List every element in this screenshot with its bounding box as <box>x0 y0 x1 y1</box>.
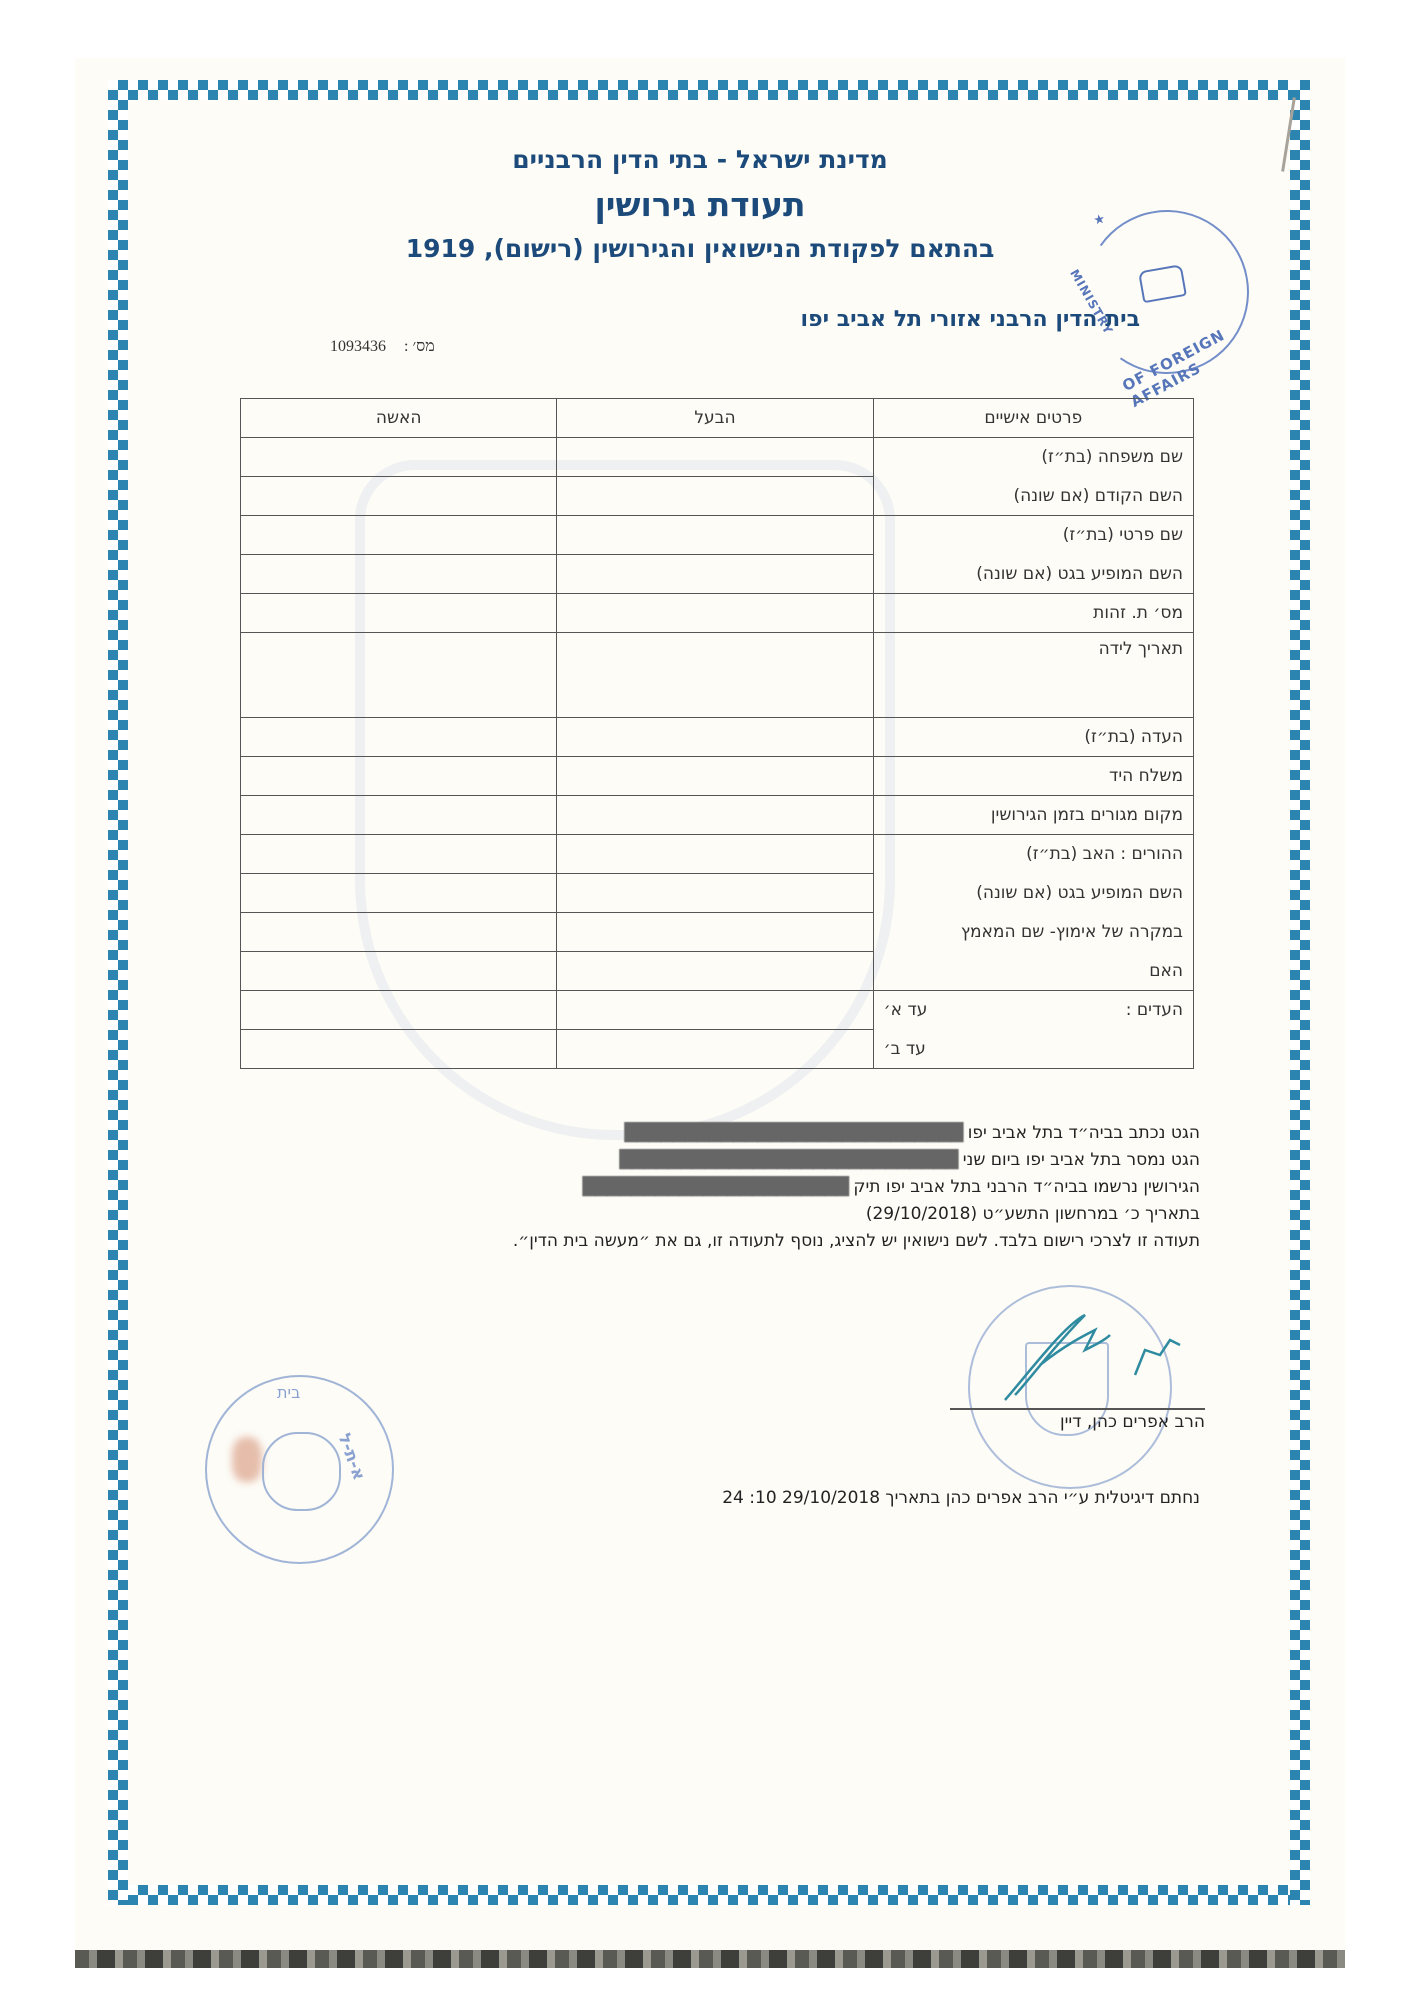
body-line-3: הגירושין נרשמו בביה״ד הרבני בתל אביב יפו… <box>300 1174 1200 1201</box>
husband-cell <box>557 516 873 555</box>
court-seal-stamp: בית א-ת-ל <box>205 1375 394 1564</box>
emblem-icon <box>1138 264 1187 303</box>
scan-edge <box>75 1950 1345 1968</box>
wife-cell <box>241 516 557 555</box>
row-label: במקרה של אימוץ- שם המאמץ <box>873 913 1193 952</box>
certificate-body: הגט נכתב בביה״ד בתל אביב יפו ███████████… <box>300 1120 1200 1255</box>
ink-smudge <box>232 1437 262 1482</box>
signature <box>995 1305 1195 1405</box>
husband-cell <box>557 594 873 633</box>
husband-cell <box>557 835 873 874</box>
table-row: שם משפחה (בת״ז) <box>241 438 1194 477</box>
redacted-text: ██████████████████████ <box>582 1177 848 1197</box>
row-label: שם פרטי (בת״ז) <box>873 516 1193 555</box>
row-label: השם המופיע בגט (אם שונה) <box>873 874 1193 913</box>
file-number: 1093436 מס׳ : <box>330 338 435 356</box>
header-details: פרטים אישיים <box>873 399 1193 438</box>
table-row: השם המופיע בגט (אם שונה) <box>241 555 1194 594</box>
table-row: משלח היד <box>241 757 1194 796</box>
husband-cell <box>557 438 873 477</box>
body-line-4: בתאריך כ׳ במרחשון התשע״ט (29/10/2018) <box>300 1201 1200 1228</box>
file-number-label: מס׳ : <box>404 338 435 355</box>
body-line-2: הגט נמסר בתל אביב יפו ביום שני █████████… <box>300 1147 1200 1174</box>
wife-cell <box>241 1030 557 1069</box>
husband-cell <box>557 874 873 913</box>
husband-cell <box>557 991 873 1030</box>
table-row: תאריך לידה <box>241 633 1194 718</box>
body-line-1: הגט נכתב בביה״ד בתל אביב יפו ███████████… <box>300 1120 1200 1147</box>
emblem-icon <box>262 1432 341 1511</box>
wife-cell <box>241 633 557 718</box>
row-label: השם הקודם (אם שונה) <box>873 477 1193 516</box>
witness-b-label: עד ב׳ <box>884 1039 926 1059</box>
row-label: האם <box>873 952 1193 991</box>
table-row: במקרה של אימוץ- שם המאמץ <box>241 913 1194 952</box>
signature-line <box>950 1408 1205 1410</box>
star-icon: ★ <box>1092 212 1106 229</box>
table-row: האם <box>241 952 1194 991</box>
document-title: תעודת גירושין <box>300 185 1100 224</box>
border-right <box>1290 80 1310 1905</box>
wife-cell <box>241 991 557 1030</box>
witness-a-cell: העדים :עד א׳ <box>873 991 1193 1030</box>
header-wife: האשה <box>241 399 557 438</box>
husband-cell <box>557 477 873 516</box>
redacted-text: ████████████████████████████ <box>624 1123 962 1143</box>
wife-cell <box>241 913 557 952</box>
witness-a-label: עד א׳ <box>884 1000 928 1020</box>
wife-cell <box>241 555 557 594</box>
table-row: השם המופיע בגט (אם שונה) <box>241 874 1194 913</box>
husband-cell <box>557 555 873 594</box>
husband-cell <box>557 1030 873 1069</box>
table-row: שם פרטי (בת״ז) <box>241 516 1194 555</box>
table-row: העדה (בת״ז) <box>241 718 1194 757</box>
table-row: מקום מגורים בזמן הגירושין <box>241 796 1194 835</box>
row-label: מס׳ ת. זהות <box>873 594 1193 633</box>
wife-cell <box>241 477 557 516</box>
wife-cell <box>241 874 557 913</box>
table-row: השם הקודם (אם שונה) <box>241 477 1194 516</box>
table-header-row: האשה הבעל פרטים אישיים <box>241 399 1194 438</box>
row-label: שם משפחה (בת״ז) <box>873 438 1193 477</box>
husband-cell <box>557 796 873 835</box>
witness-row: העדים :עד א׳ <box>241 991 1194 1030</box>
personal-details-table: האשה הבעל פרטים אישיים שם משפחה (בת״ז) ה… <box>240 398 1194 1069</box>
wife-cell <box>241 757 557 796</box>
husband-cell <box>557 913 873 952</box>
border-left <box>108 80 128 1905</box>
row-label: העדה (בת״ז) <box>873 718 1193 757</box>
husband-cell <box>557 633 873 718</box>
document-subtitle: בהתאם לפקודת הנישואין והגירושין (רישום),… <box>300 234 1100 263</box>
wife-cell <box>241 796 557 835</box>
seal-text-top: בית <box>277 1383 300 1402</box>
wife-cell <box>241 835 557 874</box>
husband-cell <box>557 718 873 757</box>
wife-cell <box>241 952 557 991</box>
table-row: ההורים : האב (בת״ז) <box>241 835 1194 874</box>
wife-cell <box>241 594 557 633</box>
state-header: מדינת ישראל - בתי הדין הרבניים <box>300 145 1100 174</box>
husband-cell <box>557 757 873 796</box>
court-name: בית הדין הרבני אזורי תל אביב יפו <box>690 307 1140 332</box>
file-number-value: 1093436 <box>330 338 386 355</box>
border-bottom <box>108 1885 1310 1905</box>
row-label: השם המופיע בגט (אם שונה) <box>873 555 1193 594</box>
witness-b-cell: עד ב׳ <box>873 1030 1193 1069</box>
witnesses-label: העדים : <box>1126 1000 1183 1020</box>
row-label: משלח היד <box>873 757 1193 796</box>
witness-row: עד ב׳ <box>241 1030 1194 1069</box>
header-husband: הבעל <box>557 399 873 438</box>
border-top <box>108 80 1310 100</box>
redacted-text: ████████████████████████████ <box>619 1150 957 1170</box>
table-row: מס׳ ת. זהות <box>241 594 1194 633</box>
wife-cell <box>241 718 557 757</box>
row-label: תאריך לידה <box>873 633 1193 718</box>
wife-cell <box>241 438 557 477</box>
signer-name: הרב אפרים כהן, דיין <box>930 1412 1205 1432</box>
husband-cell <box>557 952 873 991</box>
row-label: ההורים : האב (בת״ז) <box>873 835 1193 874</box>
digital-signature-note: נחתם דיגיטלית ע״י הרב אפרים כהן בתאריך 2… <box>580 1488 1200 1508</box>
row-label: מקום מגורים בזמן הגירושין <box>873 796 1193 835</box>
body-line-5: תעודה זו לצרכי רישום בלבד. לשם נישואין י… <box>300 1228 1200 1255</box>
